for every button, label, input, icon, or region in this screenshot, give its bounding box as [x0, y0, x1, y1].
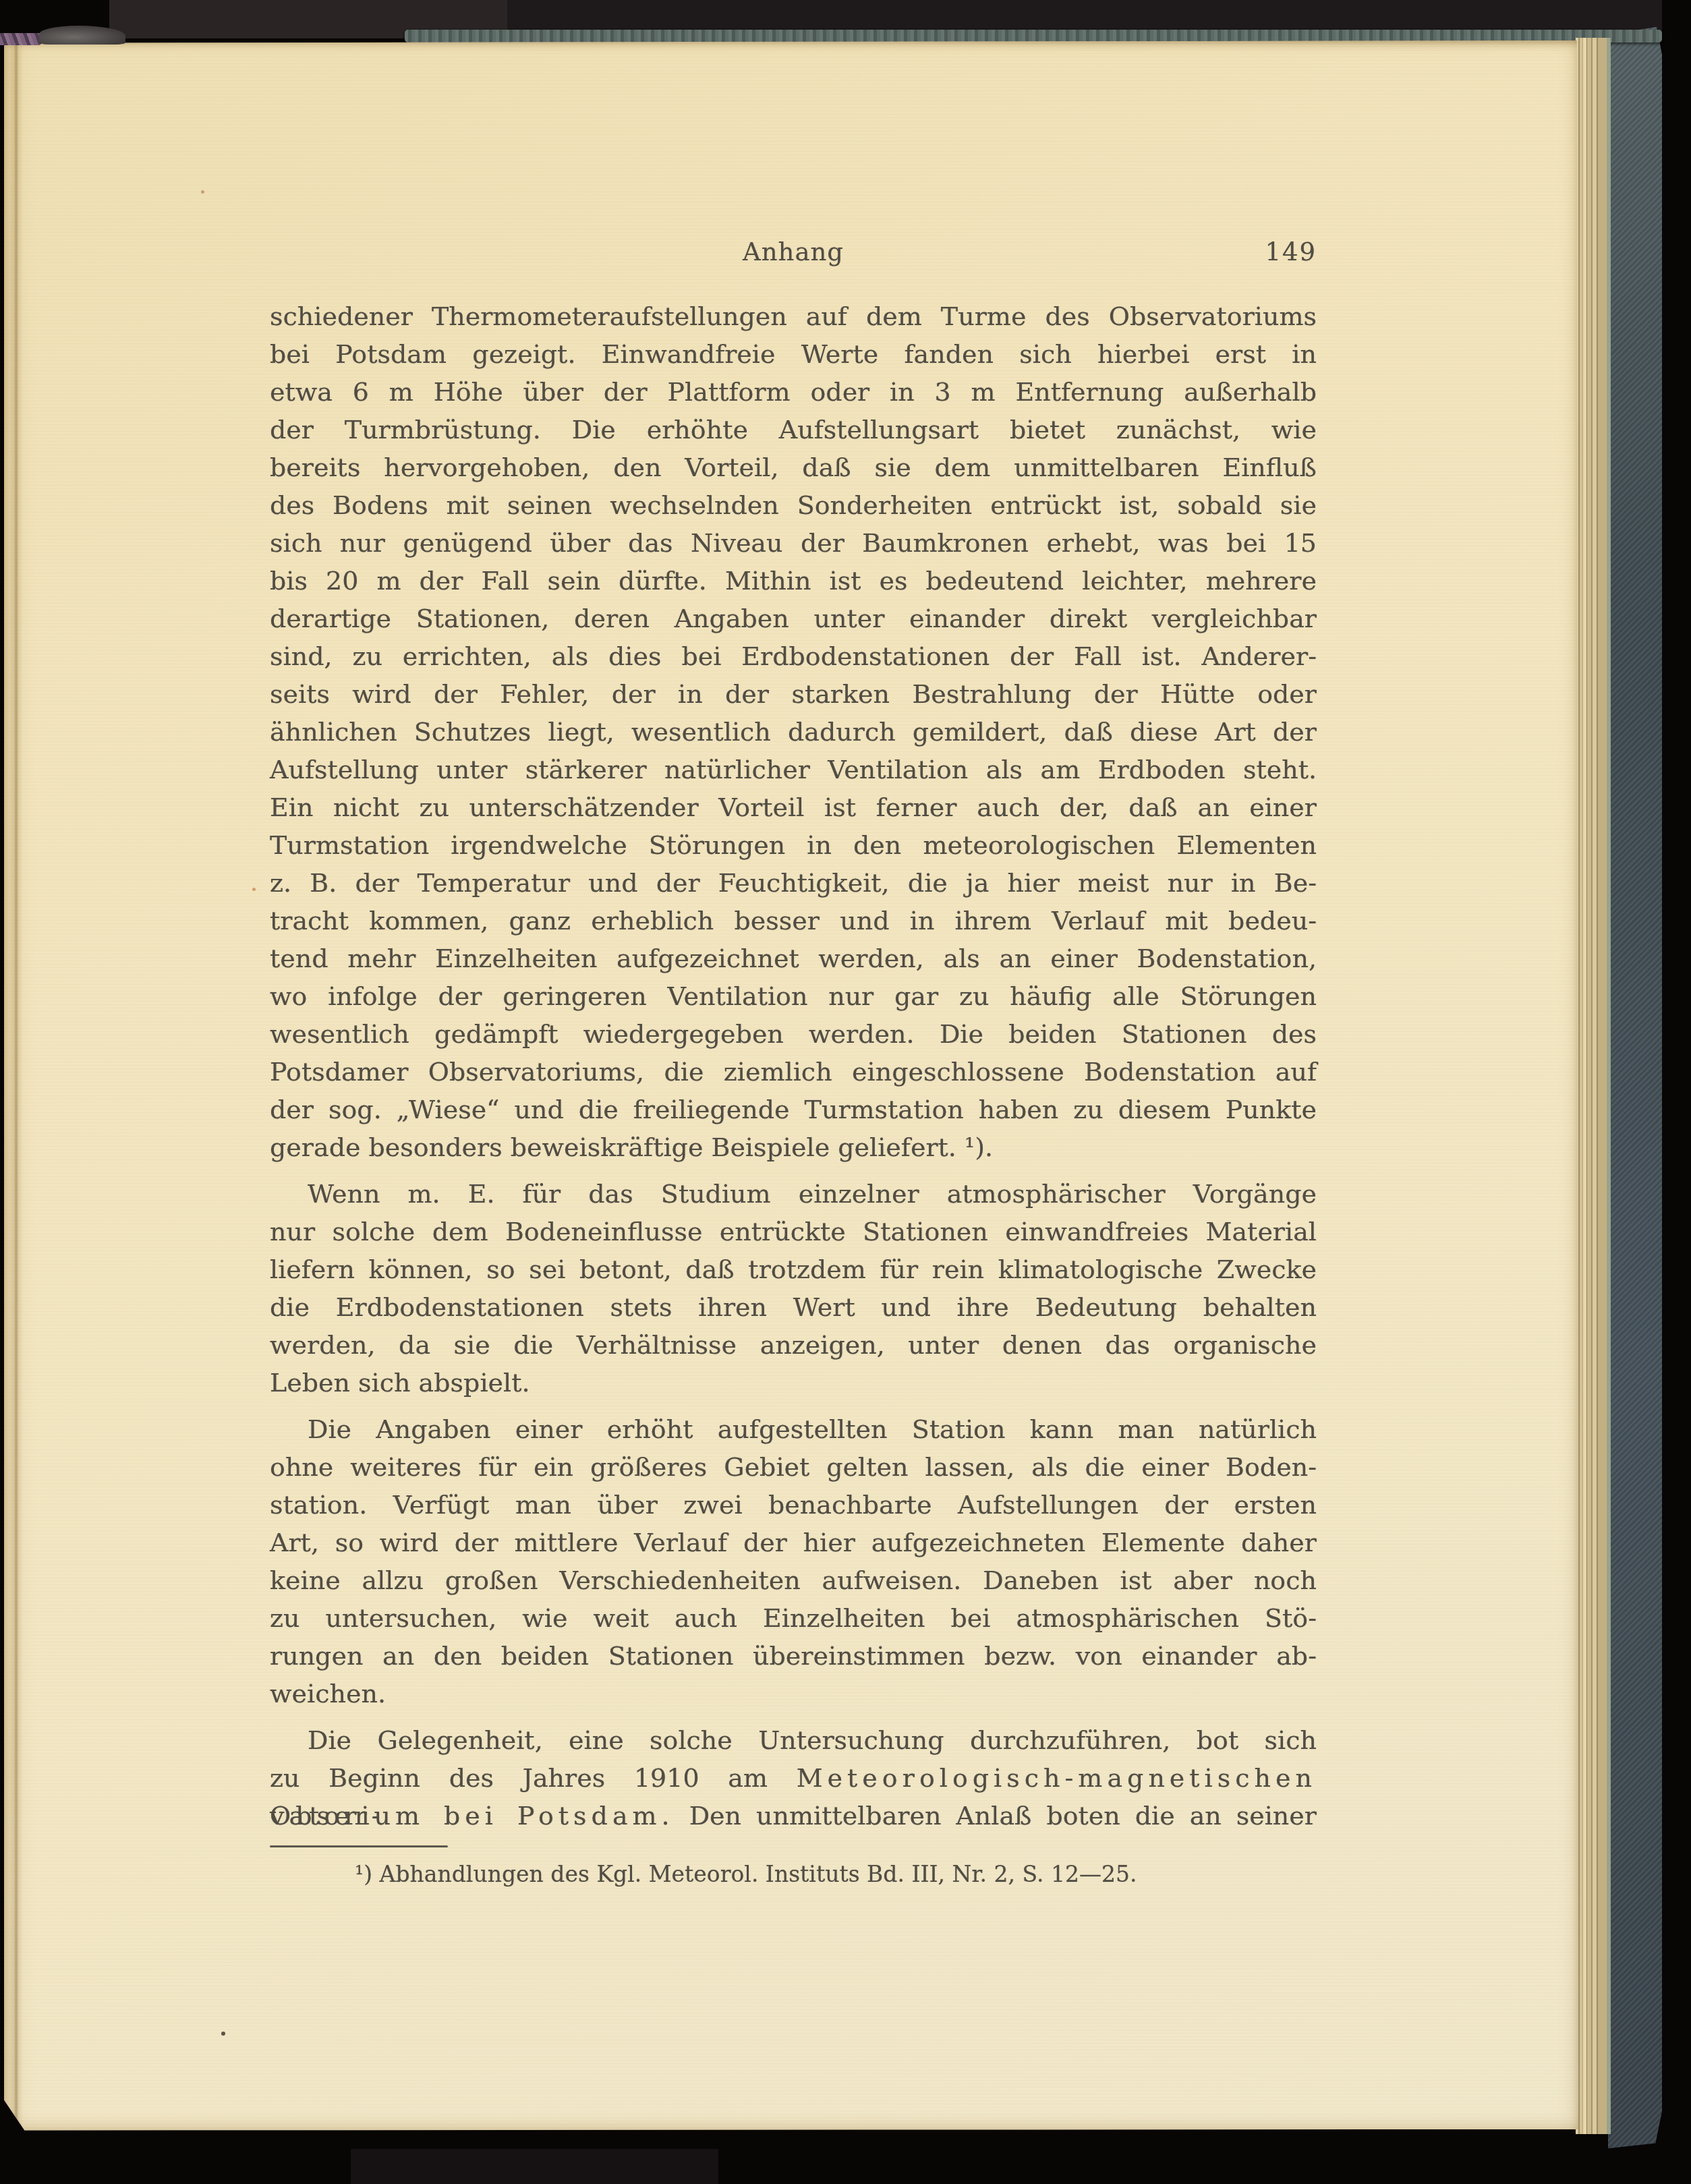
letterspaced-text: vatorium bei Potsdam. [270, 1801, 675, 1831]
text-segment: etwa 6 m Höhe über der Plattform oder in… [270, 377, 1317, 407]
text-segment: Art, so wird der mittlere Verlauf der hi… [270, 1528, 1317, 1557]
body-text: schiedener Thermometeraufstellungen auf … [270, 297, 1317, 1835]
text-line: wo infolge der geringeren Ventilation nu… [270, 977, 1317, 1015]
text-segment: station. Verfügt man über zwei benachbar… [270, 1490, 1317, 1520]
text-line: Wenn m. E. für das Studium einzelner atm… [270, 1175, 1317, 1213]
text-segment: seits wird der Fehler, der in der starke… [270, 679, 1317, 709]
paragraph: Die Angaben einer erhöht aufgestellten S… [270, 1410, 1317, 1713]
text-segment: Die Angaben einer erhöht aufgestellten S… [308, 1414, 1317, 1444]
text-line: Ein nicht zu unterschätzender Vorteil is… [270, 788, 1317, 826]
text-segment: rungen an den beiden Stationen übereinst… [270, 1641, 1317, 1671]
text-segment: sich nur genügend über das Niveau der Ba… [270, 528, 1317, 558]
text-segment: wo infolge der geringeren Ventilation nu… [270, 981, 1317, 1011]
text-segment: keine allzu großen Verschiedenheiten auf… [270, 1565, 1317, 1595]
text-segment: Potsdamer Observatoriums, die ziemlich e… [270, 1057, 1317, 1087]
text-line: werden, da sie die Verhältnisse anzeigen… [270, 1326, 1317, 1364]
page-number: 149 [1265, 233, 1317, 271]
text-line: zu untersuchen, wie weit auch Einzelheit… [270, 1599, 1317, 1637]
text-segment: die Erdbodenstationen stets ihren Wert u… [270, 1292, 1317, 1322]
text-segment: bis 20 m der Fall sein dürfte. Mithin is… [270, 566, 1317, 596]
text-segment: ohne weiteres für ein größeres Gebiet ge… [270, 1452, 1317, 1482]
text-line: bis 20 m der Fall sein dürfte. Mithin is… [270, 562, 1317, 600]
text-line: zu Beginn des Jahres 1910 am Meteorologi… [270, 1759, 1317, 1797]
text-segment: ähnlichen Schutzes liegt, wesentlich dad… [270, 717, 1317, 747]
text-line: Art, so wird der mittlere Verlauf der hi… [270, 1524, 1317, 1561]
text-line: ohne weiteres für ein größeres Gebiet ge… [270, 1448, 1317, 1486]
text-segment: tend mehr Einzelheiten aufgezeichnet wer… [270, 944, 1317, 973]
text-line: nur solche dem Bodeneinflusse entrückte … [270, 1213, 1317, 1251]
text-line: Die Angaben einer erhöht aufgestellten S… [270, 1410, 1317, 1448]
text-line: Aufstellung unter stärkerer natürlicher … [270, 751, 1317, 788]
text-line: der Turmbrüstung. Die erhöhte Aufstellun… [270, 411, 1317, 449]
text-segment: der sog. „Wiese“ und die freiliegende Tu… [270, 1095, 1317, 1124]
text-line: tend mehr Einzelheiten aufgezeichnet wer… [270, 940, 1317, 977]
text-line: Potsdamer Observatoriums, die ziemlich e… [270, 1053, 1317, 1091]
text-line: bei Potsdam gezeigt. Einwandfreie Werte … [270, 335, 1317, 373]
text-segment: wesentlich gedämpft wiedergegeben werden… [270, 1019, 1317, 1049]
text-segment: Leben sich abspielt. [270, 1368, 530, 1398]
text-segment: Wenn m. E. für das Studium einzelner atm… [308, 1179, 1317, 1209]
text-segment: des Bodens mit seinen wechselnden Sonder… [270, 490, 1317, 520]
text-segment: gerade besonders beweiskräftige Beispiel… [270, 1132, 993, 1162]
text-segment: weichen. [270, 1679, 386, 1708]
text-segment: derartige Stationen, deren Angaben unter… [270, 604, 1317, 633]
text-line: z. B. der Temperatur und der Feuchtigkei… [270, 864, 1317, 902]
text-line: des Bodens mit seinen wechselnden Sonder… [270, 486, 1317, 524]
text-segment: werden, da sie die Verhältnisse anzeigen… [270, 1330, 1317, 1360]
running-header-title: Anhang [270, 233, 1317, 271]
text-segment: bereits hervorgehoben, den Vorteil, daß … [270, 453, 1317, 482]
text-segment: z. B. der Temperatur und der Feuchtigkei… [270, 868, 1317, 898]
text-segment: zu Beginn des Jahres 1910 am [270, 1763, 797, 1793]
text-line: weichen. [270, 1675, 1317, 1713]
footnote-rule [270, 1845, 448, 1847]
text-segment: bei Potsdam gezeigt. Einwandfreie Werte … [270, 339, 1317, 369]
text-segment: der Turmbrüstung. Die erhöhte Aufstellun… [270, 415, 1317, 444]
text-line: schiedener Thermometeraufstellungen auf … [270, 297, 1317, 335]
text-segment: Turmstation irgendwelche Störungen in de… [270, 830, 1317, 860]
running-header-row: Anhang 149 [270, 233, 1317, 271]
text-segment: liefern können, so sei betont, daß trotz… [270, 1255, 1317, 1284]
text-segment: Ein nicht zu unterschätzender Vorteil is… [270, 793, 1317, 822]
text-line: Turmstation irgendwelche Störungen in de… [270, 826, 1317, 864]
text-line: bereits hervorgehoben, den Vorteil, daß … [270, 449, 1317, 486]
text-segment: tracht kommen, ganz erheblich besser und… [270, 906, 1317, 936]
text-line: tracht kommen, ganz erheblich besser und… [270, 902, 1317, 940]
text-segment: Den unmittelbaren Anlaß boten die an sei… [675, 1801, 1317, 1831]
book-scan-canvas: Anhang 149 schiedener Thermometeraufstel… [0, 0, 1691, 2184]
text-line: Leben sich abspielt. [270, 1364, 1317, 1402]
text-line: Die Gelegenheit, eine solche Untersuchun… [270, 1721, 1317, 1759]
text-line: seits wird der Fehler, der in der starke… [270, 675, 1317, 713]
paragraph: Wenn m. E. für das Studium einzelner atm… [270, 1175, 1317, 1402]
footnote: ¹) Abhandlungen des Kgl. Meteorol. Insti… [270, 1860, 1317, 1889]
text-line: der sog. „Wiese“ und die freiliegende Tu… [270, 1091, 1317, 1128]
text-line: keine allzu großen Verschiedenheiten auf… [270, 1561, 1317, 1599]
text-segment: zu untersuchen, wie weit auch Einzelheit… [270, 1603, 1317, 1633]
text-line: vatorium bei Potsdam. Den unmittelbaren … [270, 1797, 1317, 1835]
text-segment: Die Gelegenheit, eine solche Untersuchun… [308, 1725, 1317, 1755]
text-line: rungen an den beiden Stationen übereinst… [270, 1637, 1317, 1675]
paragraph: schiedener Thermometeraufstellungen auf … [270, 297, 1317, 1166]
text-line: die Erdbodenstationen stets ihren Wert u… [270, 1288, 1317, 1326]
paragraph: Die Gelegenheit, eine solche Untersuchun… [270, 1721, 1317, 1835]
text-line: etwa 6 m Höhe über der Plattform oder in… [270, 373, 1317, 411]
text-line: sich nur genügend über das Niveau der Ba… [270, 524, 1317, 562]
text-line: sind, zu errichten, als dies bei Erdbode… [270, 637, 1317, 675]
text-segment: nur solche dem Bodeneinflusse entrückte … [270, 1217, 1317, 1246]
text-segment: schiedener Thermometeraufstellungen auf … [270, 301, 1317, 331]
text-line: liefern können, so sei betont, daß trotz… [270, 1251, 1317, 1288]
text-line: wesentlich gedämpft wiedergegeben werden… [270, 1015, 1317, 1053]
text-line: ähnlichen Schutzes liegt, wesentlich dad… [270, 713, 1317, 751]
page-text-layer: Anhang 149 schiedener Thermometeraufstel… [0, 0, 1691, 2184]
text-line: gerade besonders beweiskräftige Beispiel… [270, 1128, 1317, 1166]
text-line: station. Verfügt man über zwei benachbar… [270, 1486, 1317, 1524]
text-segment: Aufstellung unter stärkerer natürlicher … [270, 755, 1317, 784]
text-line: derartige Stationen, deren Angaben unter… [270, 600, 1317, 637]
text-segment: sind, zu errichten, als dies bei Erdbode… [270, 641, 1317, 671]
